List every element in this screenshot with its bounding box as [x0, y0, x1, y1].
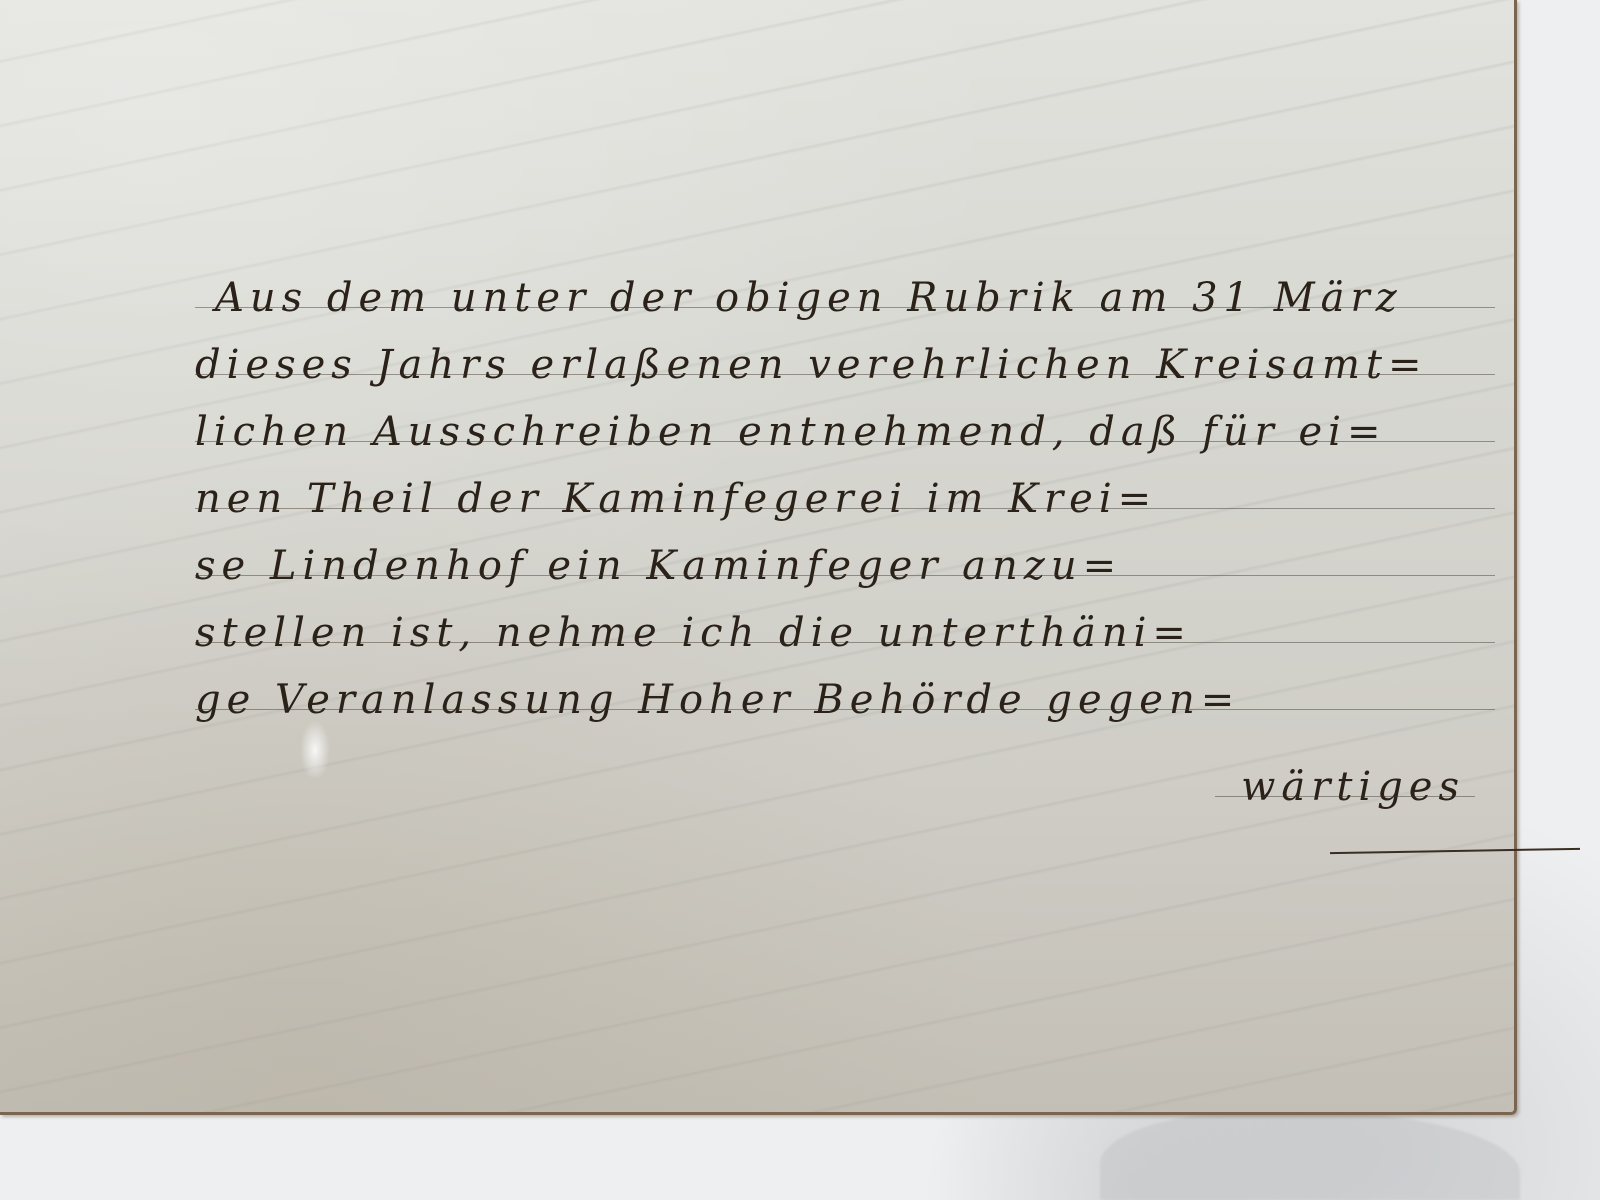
text-line-2: dieses Jahrs erlaßenen verehrlichen Krei…: [195, 332, 1495, 399]
text-line-4: nen Theil der Kaminfegerei im Krei=: [195, 466, 1495, 533]
text-line-6: stellen ist, nehme ich die unterthäni=: [195, 600, 1495, 667]
text-line-8: wärtiges: [195, 754, 1495, 821]
text-line-5: se Lindenhof ein Kaminfeger anzu=: [195, 533, 1495, 600]
text-line-3: lichen Ausschreiben entnehmend, daß für …: [195, 399, 1495, 466]
light-glare: [300, 720, 330, 780]
text-line-1: Aus dem unter der obigen Rubrik am 31 Mä…: [195, 265, 1495, 332]
text-line-7: ge Veranlassung Hoher Behörde gegen=: [195, 667, 1495, 734]
handwritten-text-block: Aus dem unter der obigen Rubrik am 31 Mä…: [195, 265, 1495, 821]
